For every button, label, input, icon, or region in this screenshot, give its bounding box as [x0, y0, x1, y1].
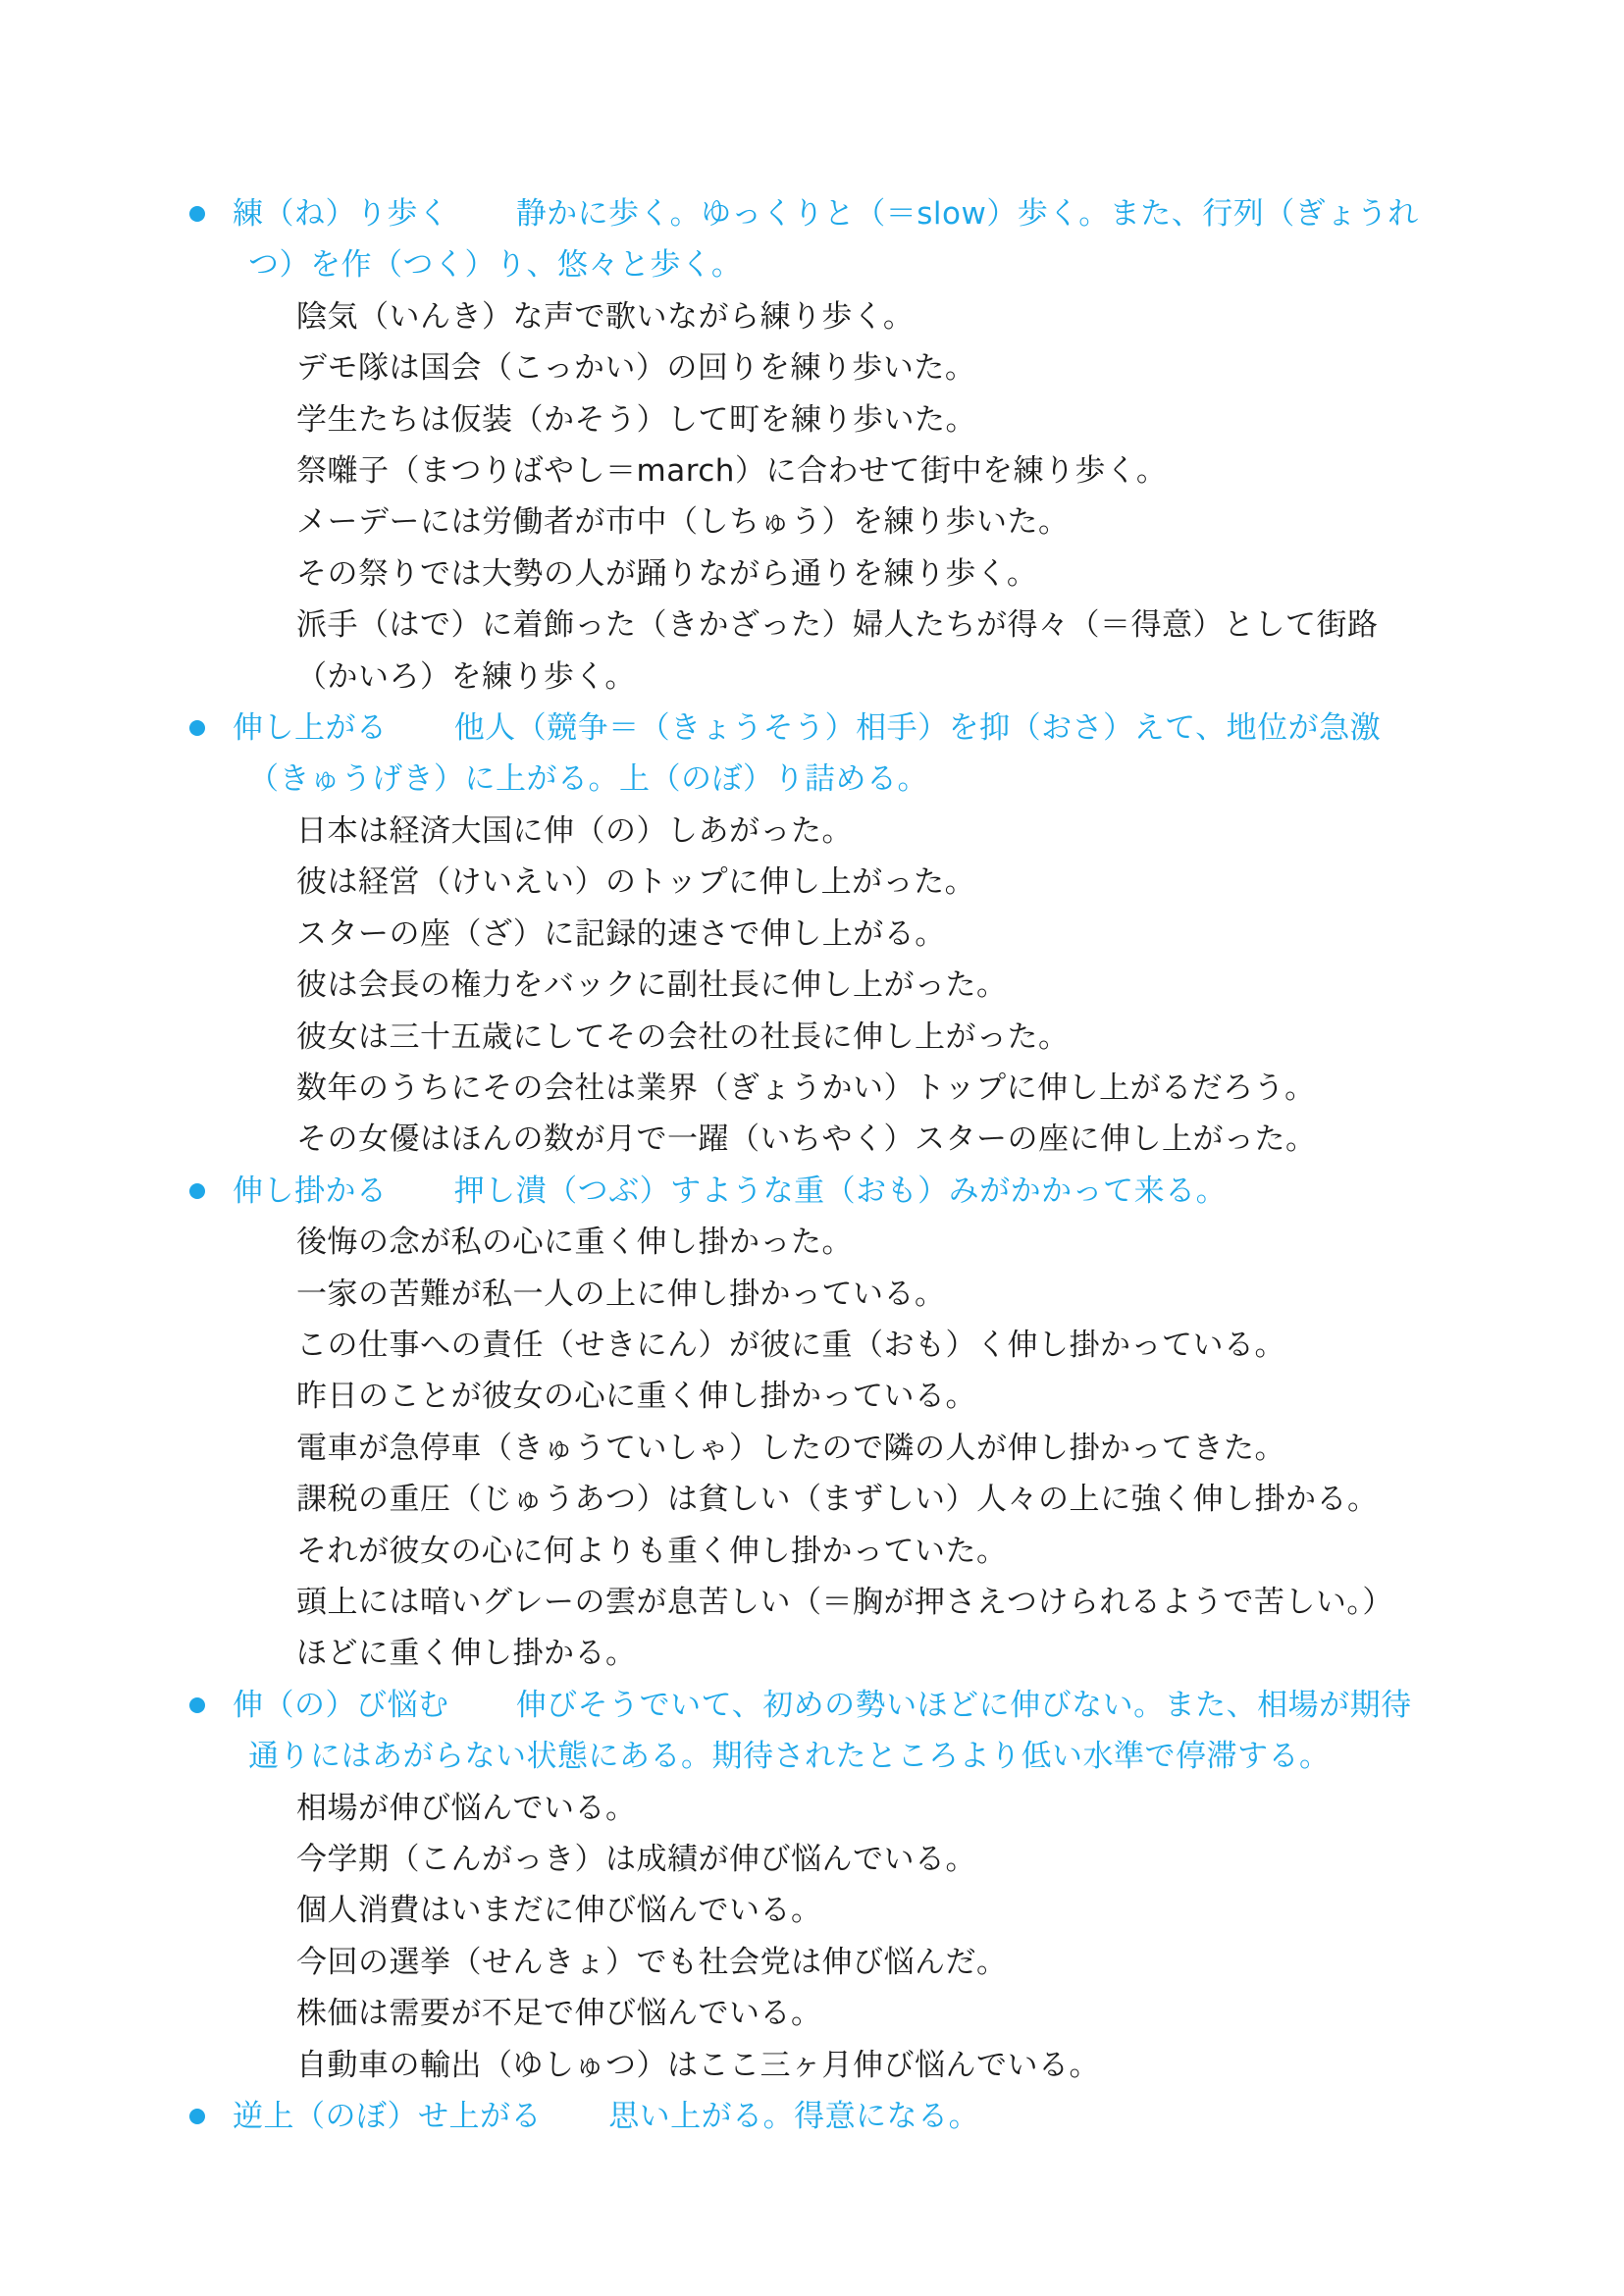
entry-list: 練（ね）り歩く静かに歩く。ゆっくりと（＝slow）歩く。また、行列（ぎょうれつ）…: [0, 188, 1423, 2142]
example-sentence: その女優はほんの数が月で一躍（いちやく）スターの座に伸し上がった。: [296, 1114, 1423, 1165]
entry-term: 伸し掛かる: [233, 1174, 388, 1209]
example-sentence: 数年のうちにその会社は業界（ぎょうかい）トップに伸し上がるだろう。: [296, 1063, 1423, 1114]
entry-head: 伸し掛かる押し潰（つぶ）すような重（おも）みがかかって来る。: [248, 1166, 1423, 1217]
entry-head: 逆上（のぼ）せ上がる思い上がる。得意になる。: [248, 2091, 1423, 2142]
dictionary-entry: 練（ね）り歩く静かに歩く。ゆっくりと（＝slow）歩く。また、行列（ぎょうれつ）…: [0, 188, 1423, 703]
document-page: 練（ね）り歩く静かに歩く。ゆっくりと（＝slow）歩く。また、行列（ぎょうれつ）…: [0, 0, 1624, 2296]
entry-definition: 押し潰（つぶ）すような重（おも）みがかかって来る。: [454, 1174, 1228, 1209]
bullet-icon: [189, 2109, 205, 2124]
example-sentence: 相場が伸び悩んでいる。: [296, 1783, 1423, 1834]
example-sentence: 学生たちは仮装（かそう）して町を練り歩いた。: [296, 394, 1423, 445]
example-sentence: 彼女は三十五歳にしてその会社の社長に伸し上がった。: [296, 1012, 1423, 1063]
dictionary-entry: 伸し上がる他人（競争＝（きょうそう）相手）を抑（おさ）えて、地位が急激（きゅうげ…: [0, 703, 1423, 1166]
entry-term: 練（ね）り歩く: [233, 196, 449, 232]
example-list: 陰気（いんき）な声で歌いながら練り歩く。デモ隊は国会（こっかい）の回りを練り歩い…: [0, 291, 1423, 703]
entry-definition: 他人（競争＝（きょうそう）相手）を抑（おさ）えて、地位が急激（きゅうげき）に上が…: [248, 710, 1381, 797]
example-sentence: その祭りでは大勢の人が踊りながら通りを練り歩く。: [296, 548, 1423, 600]
example-sentence: 一家の苦難が私一人の上に伸し掛かっている。: [296, 1269, 1423, 1320]
entry-definition: 思い上がる。得意になる。: [608, 2099, 979, 2134]
example-list: 相場が伸び悩んでいる。今学期（こんがっき）は成績が伸び悩んでいる。個人消費はいま…: [0, 1783, 1423, 2091]
dictionary-entry: 逆上（のぼ）せ上がる思い上がる。得意になる。: [0, 2091, 1423, 2142]
example-sentence: 今学期（こんがっき）は成績が伸び悩んでいる。: [296, 1834, 1423, 1885]
entry-term: 伸（の）び悩む: [233, 1688, 449, 1723]
bullet-icon: [189, 1697, 205, 1713]
entry-head: 伸し上がる他人（競争＝（きょうそう）相手）を抑（おさ）えて、地位が急激（きゅうげ…: [248, 703, 1423, 806]
example-sentence: 祭囃子（まつりばやし＝march）に合わせて街中を練り歩く。: [296, 445, 1423, 496]
entry-head: 伸（の）び悩む伸びそうでいて、初めの勢いほどに伸びない。また、相場が期待通りには…: [248, 1680, 1423, 1783]
example-sentence: 自動車の輸出（ゆしゅつ）はここ三ヶ月伸び悩んでいる。: [296, 2040, 1423, 2091]
example-sentence: 陰気（いんき）な声で歌いながら練り歩く。: [296, 291, 1423, 342]
example-sentence: 日本は経済大国に伸（の）しあがった。: [296, 806, 1423, 857]
example-sentence: デモ隊は国会（こっかい）の回りを練り歩いた。: [296, 342, 1423, 393]
example-sentence: 個人消費はいまだに伸び悩んでいる。: [296, 1885, 1423, 1936]
example-sentence: メーデーには労働者が市中（しちゅう）を練り歩いた。: [296, 496, 1423, 548]
example-sentence: 昨日のことが彼女の心に重く伸し掛かっている。: [296, 1371, 1423, 1422]
example-sentence: この仕事への責任（せきにん）が彼に重（おも）く伸し掛かっている。: [296, 1320, 1423, 1371]
example-sentence: 株価は需要が不足で伸び悩んでいる。: [296, 1988, 1423, 2039]
entry-head: 練（ね）り歩く静かに歩く。ゆっくりと（＝slow）歩く。また、行列（ぎょうれつ）…: [248, 188, 1423, 291]
example-list: 後悔の念が私の心に重く伸し掛かった。一家の苦難が私一人の上に伸し掛かっている。こ…: [0, 1217, 1423, 1680]
example-sentence: 派手（はで）に着飾った（きかざった）婦人たちが得々（＝得意）として街路（かいろ）…: [296, 600, 1423, 703]
example-sentence: スターの座（ざ）に記録的速さで伸し上がる。: [296, 909, 1423, 960]
dictionary-entry: 伸（の）び悩む伸びそうでいて、初めの勢いほどに伸びない。また、相場が期待通りには…: [0, 1680, 1423, 2091]
bullet-icon: [189, 206, 205, 222]
dictionary-entry: 伸し掛かる押し潰（つぶ）すような重（おも）みがかかって来る。 後悔の念が私の心に…: [0, 1166, 1423, 1680]
entry-term: 逆上（のぼ）せ上がる: [233, 2099, 542, 2134]
example-sentence: 頭上には暗いグレーの雲が息苦しい（＝胸が押さえつけられるようで苦しい。）ほどに重…: [296, 1577, 1423, 1680]
example-sentence: 後悔の念が私の心に重く伸し掛かった。: [296, 1217, 1423, 1268]
example-list: 日本は経済大国に伸（の）しあがった。彼は経営（けいえい）のトップに伸し上がった。…: [0, 806, 1423, 1166]
example-sentence: 彼は会長の権力をバックに副社長に伸し上がった。: [296, 960, 1423, 1011]
example-sentence: 彼は経営（けいえい）のトップに伸し上がった。: [296, 857, 1423, 908]
example-sentence: 今回の選挙（せんきょ）でも社会党は伸び悩んだ。: [296, 1937, 1423, 1988]
entry-term: 伸し上がる: [233, 710, 388, 746]
bullet-icon: [189, 720, 205, 736]
bullet-icon: [189, 1183, 205, 1199]
example-sentence: それが彼女の心に何よりも重く伸し掛かっていた。: [296, 1526, 1423, 1577]
example-sentence: 電車が急停車（きゅうていしゃ）したので隣の人が伸し掛かってきた。: [296, 1423, 1423, 1474]
example-sentence: 課税の重圧（じゅうあつ）は貧しい（まずしい）人々の上に強く伸し掛かる。: [296, 1474, 1423, 1525]
